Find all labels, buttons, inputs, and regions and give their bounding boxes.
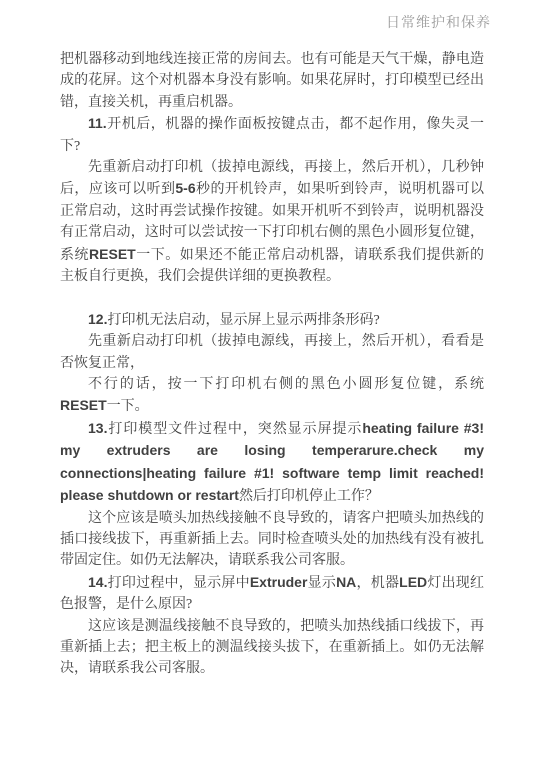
paragraph-continuation-text: 把机器移动到地线连接正常的房间去。也有可能是天气干燥，静电造成的花屏。这个对机器… bbox=[60, 49, 484, 113]
text-run-cn: 然后打印机停止工作？ bbox=[239, 489, 379, 504]
text-run-latin: 13. bbox=[88, 420, 107, 436]
document-page: 日常维护和保养 把机器移动到地线连接正常的房间去。也有可能是天气干燥，静电造成的… bbox=[0, 0, 543, 768]
text-run-latin: 11. bbox=[88, 115, 107, 131]
document-body: 把机器移动到地线连接正常的房间去。也有可能是天气干燥，静电造成的花屏。这个对机器… bbox=[60, 49, 484, 680]
text-run-latin: 5-6 bbox=[175, 180, 195, 196]
paragraph-answer-14: 这应该是测温线接触不良导致的，把喷头加热线插口线拔下，再重新插上去；把主板上的测… bbox=[60, 616, 484, 680]
paragraph-question-11: 11.开机后，机器的操作面板按键点击，都不起作用，像失灵一下? bbox=[60, 113, 484, 157]
paragraph-spacer bbox=[60, 287, 484, 308]
page-header: 日常维护和保养 bbox=[386, 12, 491, 32]
text-run-cn: 打印模型文件过程中，突然显示屏提示 bbox=[107, 422, 362, 437]
text-run-cn: 显示 bbox=[307, 576, 336, 591]
text-run-cn: 不行的话，按一下打印机右侧的黑色小圆形复位键，系统 bbox=[88, 377, 484, 392]
text-run-latin: NA bbox=[336, 574, 356, 590]
text-run-cn: 打印机无法启动，显示屏上显示两排条形码? bbox=[107, 313, 379, 328]
page-header-title: 日常维护和保养 bbox=[386, 16, 491, 31]
text-run-latin: LED bbox=[399, 574, 427, 590]
paragraph-answer-12-part2: 不行的话，按一下打印机右侧的黑色小圆形复位键，系统RESET一下。 bbox=[60, 374, 484, 418]
text-run-cn: 开机后，机器的操作面板按键点击，都不起作用，像失灵一下? bbox=[60, 117, 484, 153]
paragraph-answer-11: 先重新启动打印机（拔掉电源线，再接上，然后开机），几秒钟后，应该可以听到5-6秒… bbox=[60, 157, 484, 287]
text-run-cn: 一下。 bbox=[107, 399, 149, 414]
text-run-cn: 打印过程中，显示屏中 bbox=[107, 576, 249, 591]
text-run-cn: 把机器移动到地线连接正常的房间去。也有可能是天气干燥，静电造成的花屏。这个对机器… bbox=[60, 52, 484, 110]
text-run-latin: 14. bbox=[88, 574, 107, 590]
paragraph-question-13: 13.打印模型文件过程中，突然显示屏提示heating failure #3! … bbox=[60, 418, 484, 508]
text-run-cn: 这应该是测温线接触不良导致的，把喷头加热线插口线拔下，再重新插上去；把主板上的测… bbox=[60, 619, 484, 677]
paragraph-question-12: 12.打印机无法启动，显示屏上显示两排条形码? bbox=[60, 309, 484, 331]
paragraph-answer-12-part1: 先重新启动打印机（拔掉电源线，再接上，然后开机），看看是否恢复正常， bbox=[60, 331, 484, 374]
text-run-latin: Extruder bbox=[250, 574, 308, 590]
paragraph-answer-13: 这个应该是喷头加热线接触不良导致的，请客户把喷头加热线的插口接线拔下，再重新插上… bbox=[60, 508, 484, 572]
text-run-latin: RESET bbox=[60, 397, 107, 413]
text-run-cn: 先重新启动打印机（拔掉电源线，再接上，然后开机），看看是否恢复正常， bbox=[60, 334, 484, 370]
text-run-cn: 这个应该是喷头加热线接触不良导致的，请客户把喷头加热线的插口接线拔下，再重新插上… bbox=[60, 511, 484, 569]
text-run-cn: ，机器 bbox=[356, 576, 399, 591]
text-run-latin: RESET bbox=[89, 246, 136, 262]
paragraph-question-14: 14.打印过程中，显示屏中Extruder显示NA，机器LED灯出现红色报警，是… bbox=[60, 572, 484, 616]
text-run-latin: 12. bbox=[88, 311, 107, 327]
